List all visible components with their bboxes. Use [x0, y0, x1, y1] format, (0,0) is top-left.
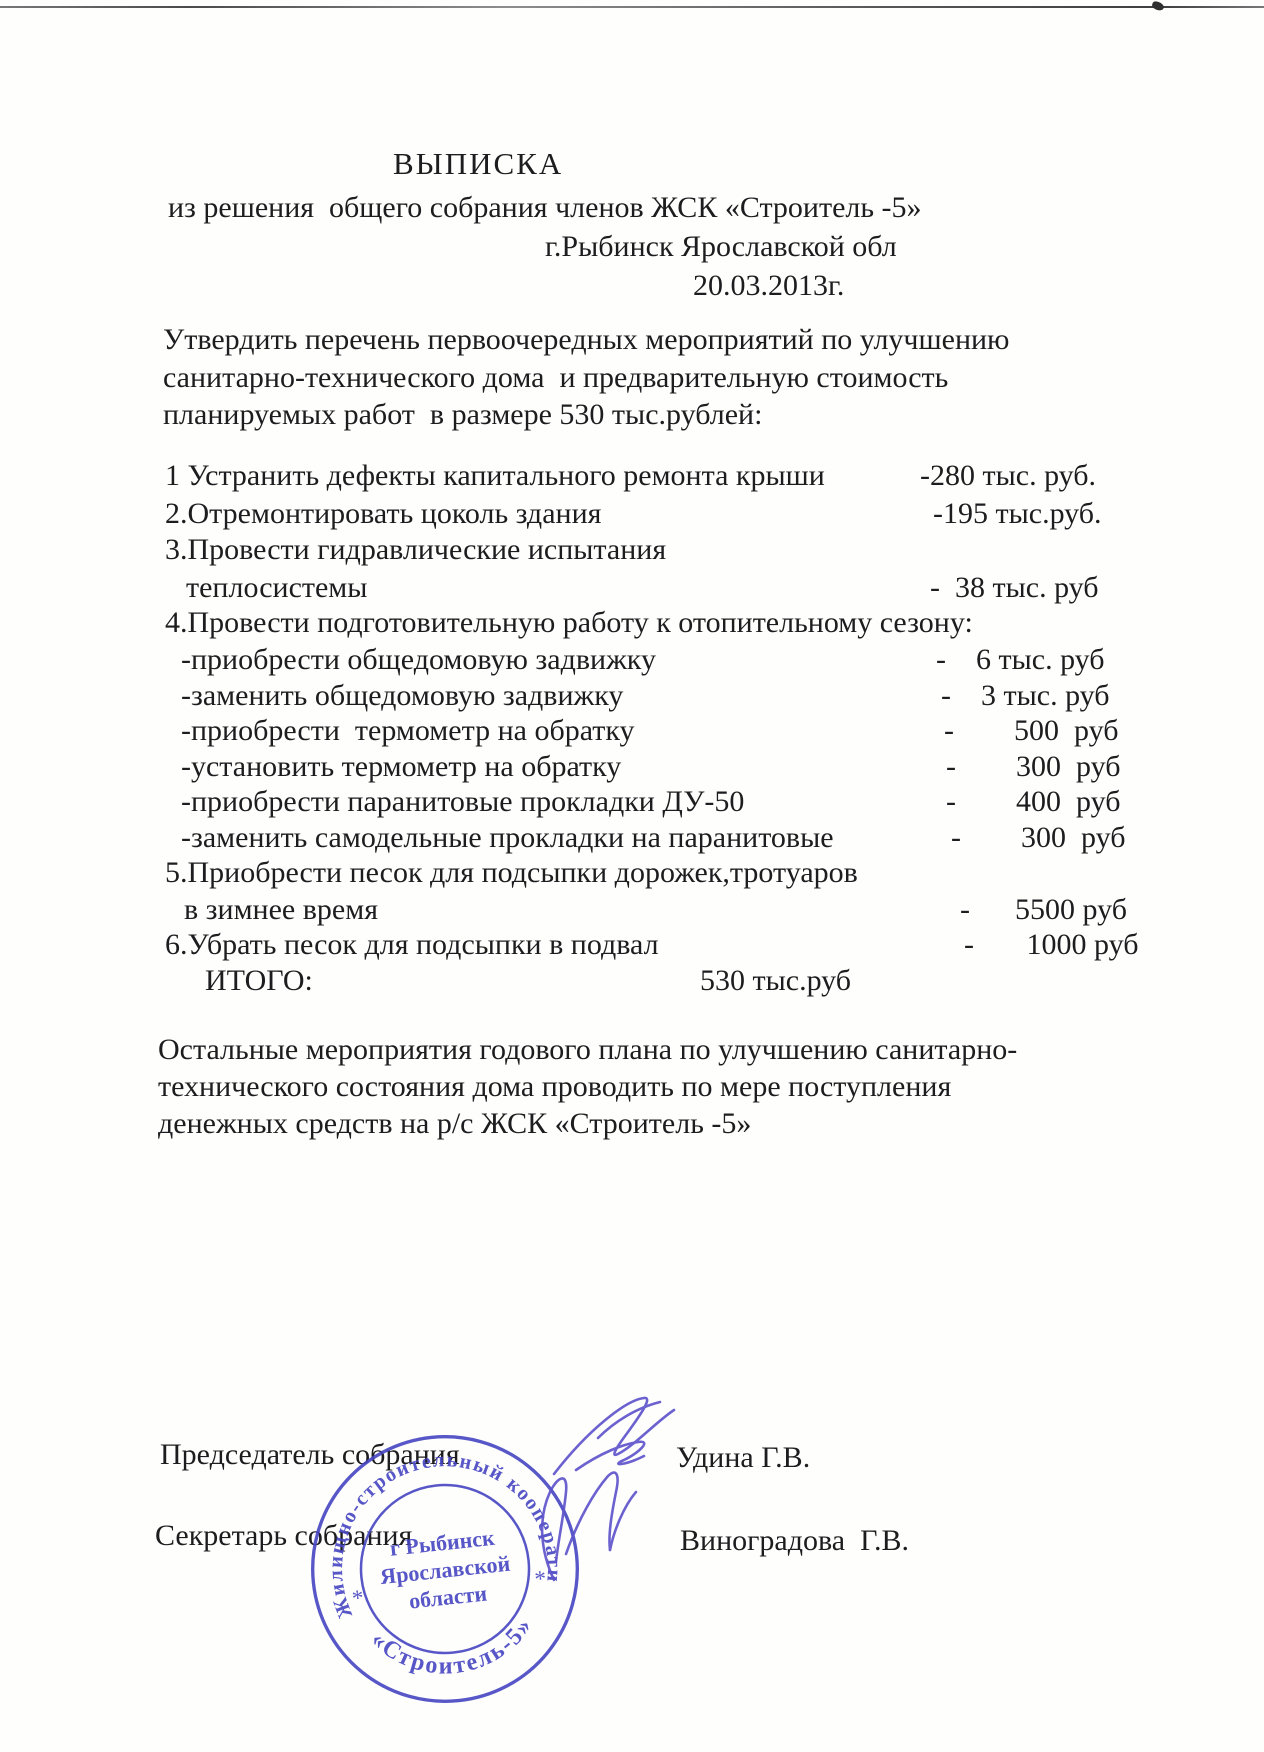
- scan-artifact-top-line: [0, 6, 1264, 8]
- list-item-label: 3.Провести гидравлические испытания: [165, 532, 666, 568]
- list-item-price: - 400 руб: [946, 784, 1120, 820]
- svg-text:«Строитель-5»: «Строитель-5»: [364, 1610, 543, 1688]
- list-item-label: -приобрести общедомовую задвижку: [181, 642, 656, 678]
- secretary-name: Виноградова Г.В.: [680, 1523, 909, 1559]
- list-item-price: - 6 тыс. руб: [936, 642, 1105, 678]
- list-item-label: -заменить общедомовую задвижку: [181, 678, 623, 714]
- list-item-price: - 5500 руб: [960, 892, 1127, 928]
- list-item-price: - 500 руб: [944, 713, 1118, 749]
- scanned-document-page: ВЫПИСКА из решения общего собрания члено…: [0, 0, 1264, 1752]
- closing-line: технического состояния дома проводить по…: [158, 1069, 951, 1105]
- secretary-signature-icon: [520, 1458, 670, 1588]
- total-label: ИТОГО:: [205, 963, 313, 999]
- list-item-label: -приобрести паранитовые прокладки ДУ-50: [181, 784, 744, 820]
- list-item-price: -280 тыс. руб.: [920, 458, 1096, 494]
- list-item-price: - 1000 руб: [964, 927, 1138, 963]
- total-value: 530 тыс.руб: [700, 963, 851, 999]
- list-item-label: -установить термометр на обратку: [181, 749, 621, 785]
- intro-line: планируемых работ в размере 530 тыс.рубл…: [163, 397, 762, 433]
- list-item-label: 5.Приобрести песок для подсыпки дорожек,…: [165, 855, 858, 891]
- intro-line: Утвердить перечень первоочередных меропр…: [163, 322, 1009, 358]
- list-item-price: -195 тыс.руб.: [933, 496, 1102, 532]
- scan-artifact-blob: [1151, 0, 1165, 11]
- list-item-label: в зимнее время: [184, 892, 378, 928]
- list-item-price: - 38 тыс. руб: [930, 570, 1099, 606]
- document-date: 20.03.2013г.: [693, 268, 844, 304]
- closing-line: Остальные мероприятия годового плана по …: [158, 1032, 1017, 1068]
- list-item-price: - 3 тыс. руб: [941, 678, 1110, 714]
- document-title: ВЫПИСКА: [393, 146, 563, 182]
- list-item-label: -заменить самодельные прокладки на паран…: [181, 820, 834, 856]
- list-item-label: 4.Провести подготовительную работу к ото…: [165, 605, 973, 641]
- stamp-center-line: области: [408, 1580, 489, 1613]
- list-item-label: 2.Отремонтировать цоколь здания: [165, 496, 601, 532]
- intro-line: санитарно-технического дома и предварите…: [163, 360, 948, 396]
- stamp-ring-text-bottom: «Строитель-5»: [364, 1610, 543, 1688]
- document-subtitle: из решения общего собрания членов ЖСК «С…: [168, 190, 922, 226]
- list-item-label: 6.Убрать песок для подсыпки в подвал: [165, 927, 659, 963]
- list-item-price: - 300 руб: [946, 749, 1120, 785]
- closing-line: денежных средств на р/с ЖСК «Строитель -…: [158, 1106, 751, 1142]
- list-item-label: теплосистемы: [186, 570, 367, 606]
- document-place: г.Рыбинск Ярославской обл: [545, 229, 897, 265]
- list-item-label: -приобрести термометр на обратку: [181, 713, 635, 749]
- list-item-price: - 300 руб: [951, 820, 1125, 856]
- list-item-label: 1 Устранить дефекты капитального ремонта…: [165, 458, 825, 494]
